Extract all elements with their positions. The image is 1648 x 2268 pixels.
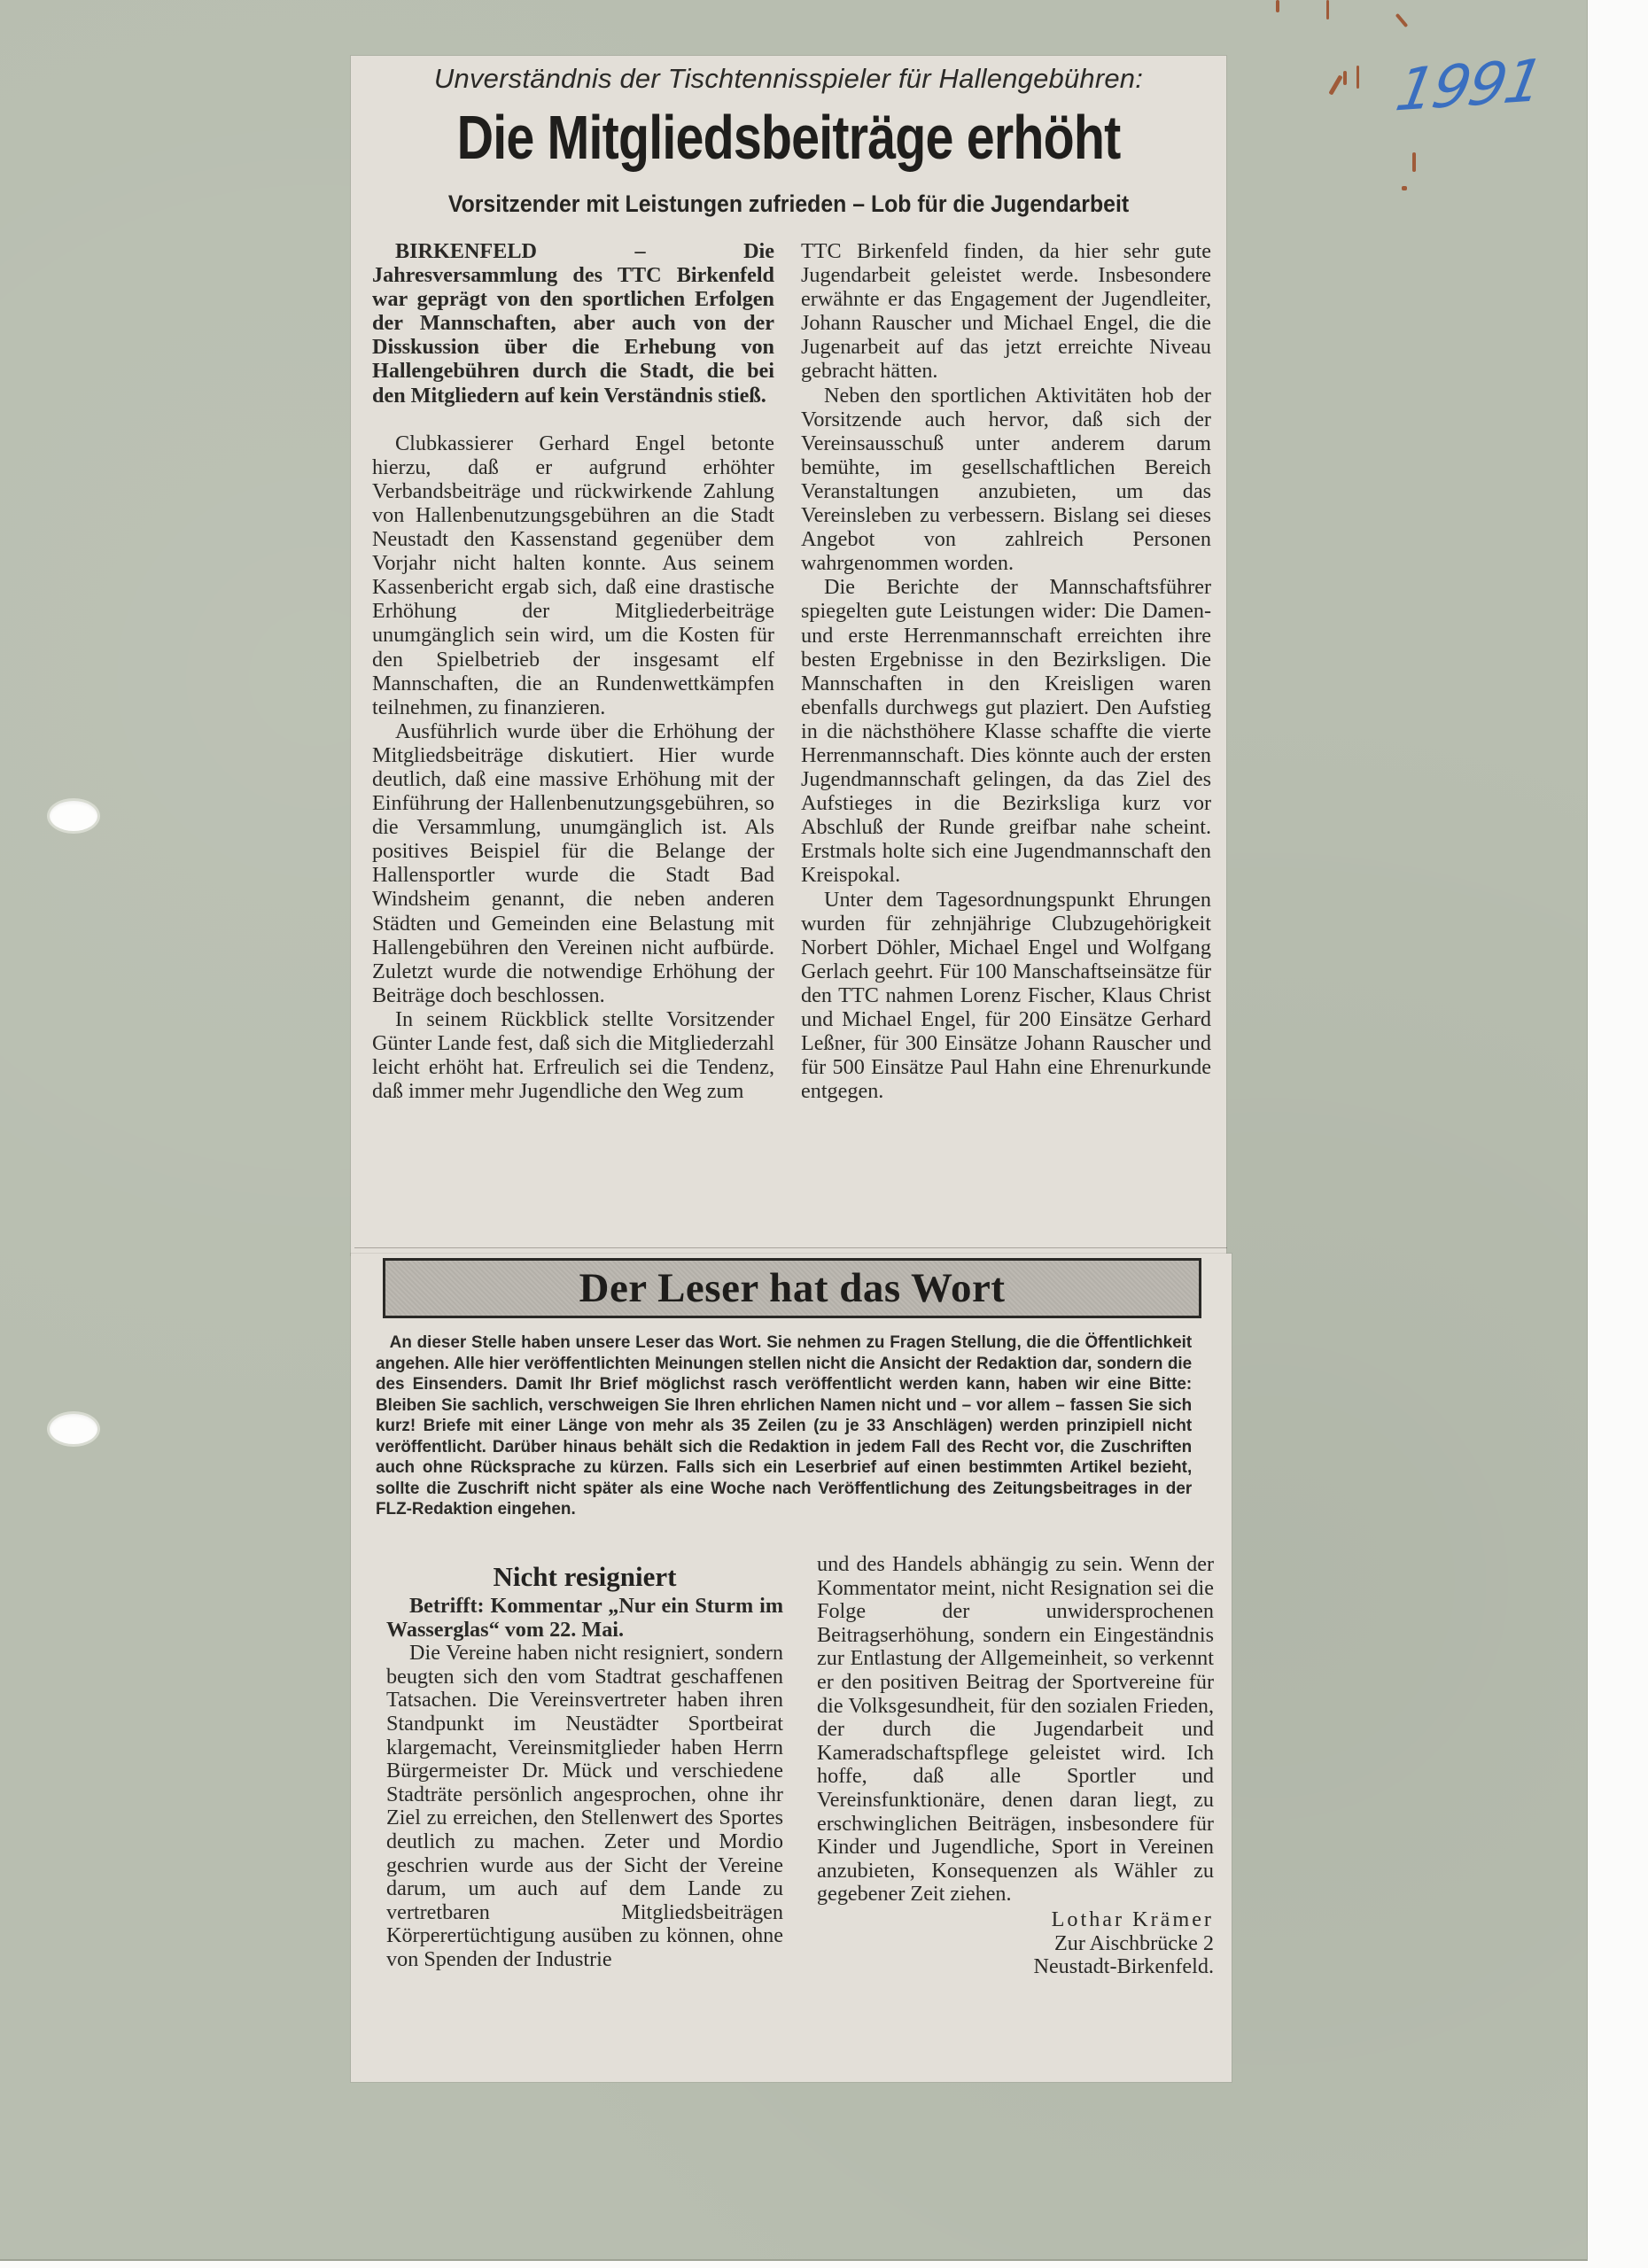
rust-mark	[1326, 0, 1329, 19]
punch-hole-bottom	[50, 1414, 97, 1444]
signature-name: Lothar Krämer	[817, 1908, 1214, 1932]
letters-section-banner: Der Leser hat das Wort	[383, 1258, 1201, 1318]
article-paragraph: TTC Birkenfeld finden, da hier sehr gute…	[801, 239, 1211, 384]
rust-mark	[1343, 71, 1347, 85]
article-column-1: BIRKENFELD – Die Jahresversammlung des T…	[372, 239, 774, 1103]
rust-mark	[1276, 0, 1279, 12]
handwritten-year-annotation: 1991	[1391, 47, 1547, 125]
punch-hole-top	[50, 801, 97, 831]
article-lead: BIRKENFELD – Die Jahresversammlung des T…	[372, 239, 774, 408]
letter-paragraph: und des Handels abhängig zu sein. Wenn d…	[817, 1553, 1214, 1907]
rust-mark	[1356, 66, 1359, 89]
letters-section-intro: An dieser Stelle haben unsere Leser das …	[376, 1332, 1192, 1520]
article-paragraph: Neben den sportlichen Aktivitäten hob de…	[801, 384, 1211, 576]
rust-mark	[1402, 186, 1407, 190]
letters-section-title: Der Leser hat das Wort	[385, 1261, 1199, 1316]
letter-title: Nicht resigniert	[363, 1561, 806, 1593]
letter-subject: Betrifft: Kommentar „Nur ein Sturm im Wa…	[386, 1595, 783, 1642]
article-clipping: Unverständnis der Tischtennisspieler für…	[351, 56, 1226, 1255]
signature-street: Zur Aischbrücke 2	[817, 1932, 1214, 1956]
clipping-cut-line	[354, 1247, 1227, 1248]
letter-paragraph: Die Vereine haben nicht resigniert, sond…	[386, 1642, 783, 1971]
letter-signature: Lothar Krämer Zur Aischbrücke 2 Neustadt…	[817, 1908, 1214, 1979]
article-paragraph: Ausführlich wurde über die Erhöhung der …	[372, 719, 774, 1007]
letter-column-1: Betrifft: Kommentar „Nur ein Sturm im Wa…	[386, 1595, 783, 1972]
rust-mark	[1412, 152, 1416, 172]
article-paragraph: In seinem Rückblick stellte Vorsitzender…	[372, 1007, 774, 1103]
article-headline: Die Mitgliedsbeiträge erhöht	[430, 102, 1147, 173]
article-kicker: Unverständnis der Tischtennisspieler für…	[351, 63, 1226, 95]
article-paragraph: Unter dem Tagesordnungspunkt Ehrungen wu…	[801, 888, 1211, 1104]
article-paragraph: Die Berichte der Mannschaftsführer spieg…	[801, 575, 1211, 887]
article-column-2: TTC Birkenfeld finden, da hier sehr gute…	[801, 239, 1211, 1103]
letter-column-2: und des Handels abhängig zu sein. Wenn d…	[817, 1553, 1214, 1979]
article-paragraph: Clubkassierer Gerhard Engel betonte hier…	[372, 431, 774, 719]
article-subhead: Vorsitzender mit Leistungen zufrieden – …	[386, 190, 1192, 218]
signature-city: Neustadt-Birkenfeld.	[817, 1955, 1214, 1979]
